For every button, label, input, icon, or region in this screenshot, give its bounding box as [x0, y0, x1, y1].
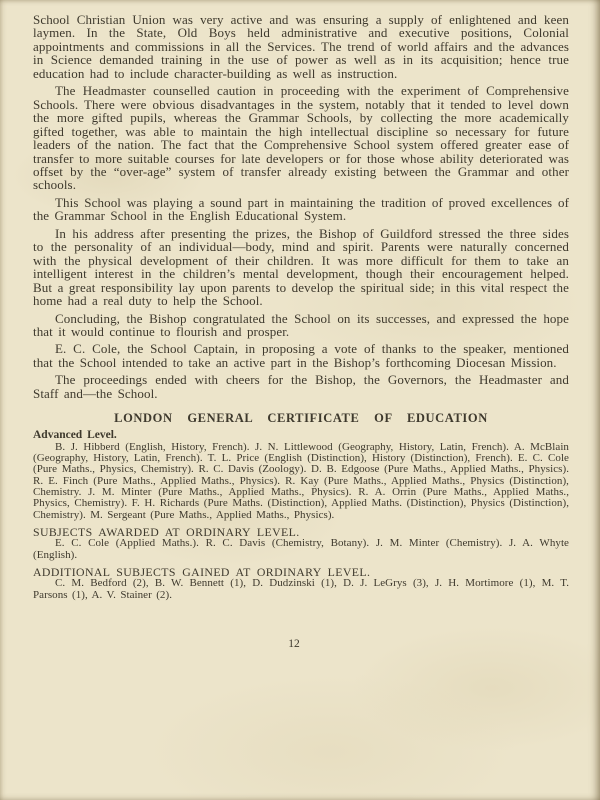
results-section-heading: LONDON GENERAL CERTIFICATE OF EDUCATION — [33, 411, 569, 426]
body-paragraph: This School was playing a sound part in … — [33, 196, 569, 223]
body-paragraph: E. C. Cole, the School Captain, in propo… — [33, 342, 569, 369]
scanned-document-page: School Christian Union was very active a… — [0, 0, 600, 800]
page-number: 12 — [33, 638, 569, 650]
body-paragraph: In his address after presenting the priz… — [33, 227, 569, 308]
body-paragraph: The Headmaster counselled caution in pro… — [33, 84, 569, 192]
advanced-level-label: Advanced Level. — [33, 429, 569, 442]
page-content: School Christian Union was very active a… — [0, 0, 600, 650]
body-paragraph: Concluding, the Bishop congratulated the… — [33, 312, 569, 339]
advanced-level-results: B. J. Hibberd (English, History, French)… — [33, 442, 569, 521]
additional-subjects-results: C. M. Bedford (2), B. W. Bennett (1), D.… — [33, 578, 569, 601]
article-body: School Christian Union was very active a… — [33, 13, 569, 400]
body-paragraph: The proceedings ended with cheers for th… — [33, 373, 569, 400]
ordinary-level-results: E. C. Cole (Applied Maths.). R. C. Davis… — [33, 538, 569, 561]
body-paragraph: School Christian Union was very active a… — [33, 13, 569, 80]
